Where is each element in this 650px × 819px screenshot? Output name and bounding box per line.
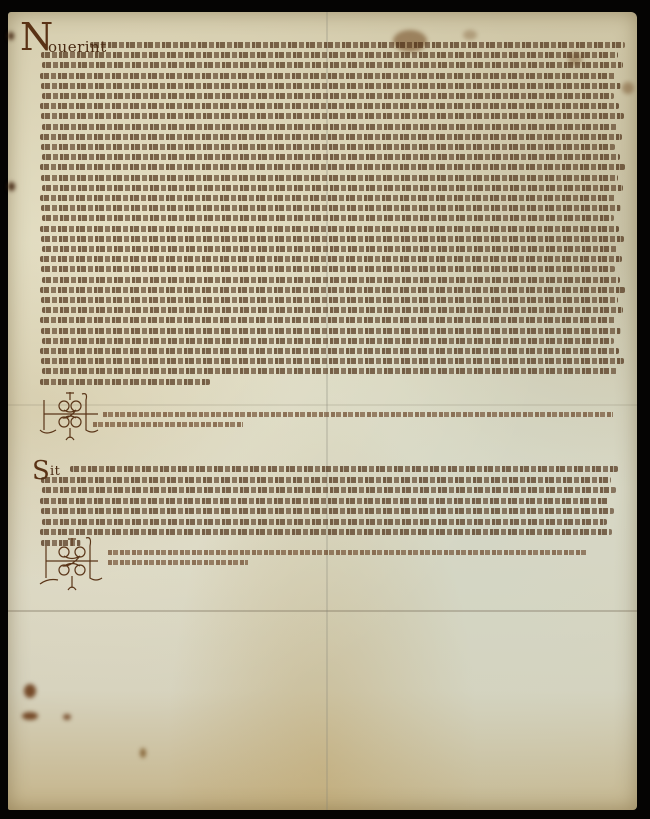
script-line [41, 113, 624, 119]
script-line [41, 83, 621, 89]
script-line [40, 103, 619, 109]
notary-sign-icon [38, 534, 108, 596]
script-line [40, 287, 625, 293]
script-line [42, 124, 617, 130]
script-line [42, 246, 617, 252]
script-line [40, 134, 622, 140]
fold-line [8, 610, 637, 612]
script-line [42, 62, 623, 68]
ink-stain [140, 748, 146, 758]
text-block-1 [40, 40, 625, 390]
script-line [70, 466, 618, 472]
parchment-sheet: N ouerint S it [8, 12, 637, 810]
script-line [40, 73, 616, 79]
script-line [42, 185, 623, 191]
script-line [42, 277, 620, 283]
script-line [41, 236, 624, 242]
script-line [40, 317, 616, 323]
ink-stain [22, 712, 38, 720]
script-line [42, 215, 614, 221]
script-line [42, 307, 623, 313]
ink-stain [24, 684, 36, 698]
subscription-line [108, 550, 588, 555]
script-line [42, 154, 620, 160]
script-line [41, 266, 615, 272]
script-line [40, 195, 616, 201]
script-line [41, 144, 615, 150]
notary-sign-icon [36, 390, 106, 448]
text-block-2 [40, 464, 618, 554]
ink-stain [8, 182, 15, 191]
script-line [42, 487, 616, 493]
script-line [40, 379, 210, 385]
ink-stain [8, 32, 14, 40]
script-line [41, 477, 611, 483]
script-line [42, 519, 607, 525]
script-line [42, 338, 614, 344]
script-line [42, 368, 617, 374]
script-line [40, 256, 622, 262]
script-line [40, 348, 619, 354]
script-line [90, 42, 625, 48]
subscription-line [93, 422, 243, 427]
script-line [40, 164, 625, 170]
script-line [40, 498, 609, 504]
script-line [40, 226, 619, 232]
script-line [41, 328, 621, 334]
script-line [41, 358, 624, 364]
subscription-line [108, 560, 248, 565]
script-line [41, 52, 618, 58]
script-line [41, 205, 621, 211]
ink-stain [63, 714, 71, 720]
script-line [41, 508, 614, 514]
script-line [40, 529, 612, 535]
script-line [42, 93, 614, 99]
script-line [41, 175, 618, 181]
ink-stain [463, 30, 477, 40]
script-line [41, 297, 618, 303]
subscription-line [103, 412, 613, 417]
